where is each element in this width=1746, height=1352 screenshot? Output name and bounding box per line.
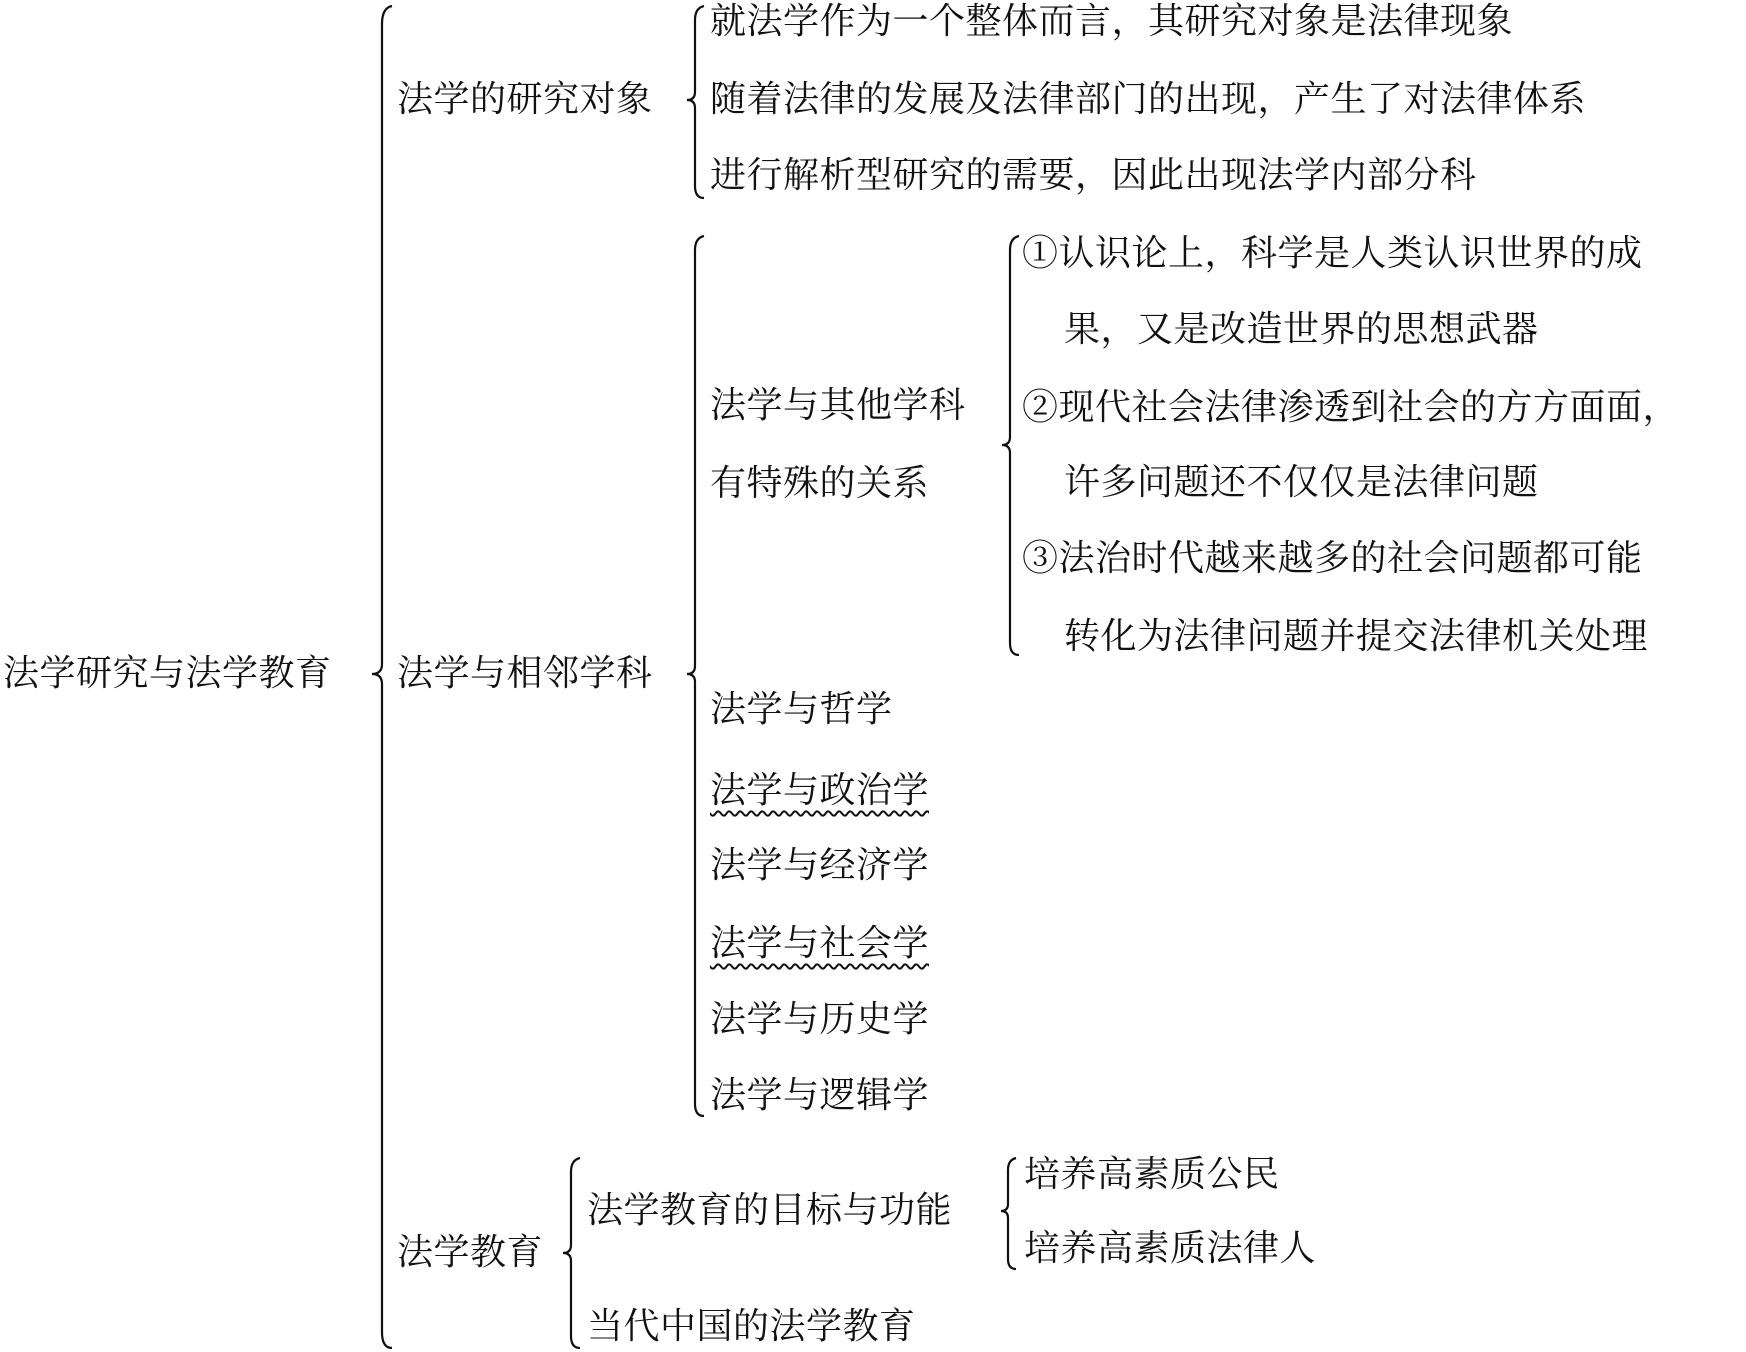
branch-label: 法学与相邻学科 (397, 654, 653, 694)
brace-adjacent-disciplines (687, 236, 704, 1116)
branch-label: 法学教育 (397, 1233, 543, 1273)
detail-line: 进行解析型研究的需要，因此出现法学内部分科 (710, 156, 1477, 196)
subject-item-emphasized: 法学与政治学 (710, 771, 929, 811)
root-label: 法学研究与法学教育 (3, 654, 332, 694)
reason-line: 转化为法律问题并提交法律机关处理 (1064, 617, 1648, 657)
detail-line: 随着法律的发展及法律部门的出现，产生了对法律体系 (710, 80, 1586, 120)
subject-item: 法学与历史学 (710, 1000, 929, 1040)
special-relation-label-line: 有特殊的关系 (710, 464, 929, 504)
subject-item: 法学与哲学 (710, 690, 893, 730)
reason-line: 果，又是改造世界的思想武器 (1064, 310, 1539, 350)
subject-item: 法学与经济学 (710, 846, 929, 886)
brace-legal-education (563, 1158, 580, 1348)
contemporary-china-label: 当代中国的法学教育 (587, 1307, 916, 1347)
goal-item: 培养高素质公民 (1024, 1155, 1280, 1195)
reason-line: ③法治时代越来越多的社会问题都可能 (1022, 539, 1643, 579)
brace-root (372, 6, 392, 1348)
brace-goals (1001, 1158, 1016, 1269)
branch-label: 法学的研究对象 (397, 80, 653, 120)
brace-research-object (687, 6, 704, 198)
reason-line: ②现代社会法律渗透到社会的方方面面， (1022, 388, 1679, 428)
subject-item-emphasized: 法学与社会学 (710, 924, 929, 964)
reason-line: ①认识论上，科学是人类认识世界的成 (1022, 234, 1643, 274)
reason-line: 许多问题还不仅仅是法律问题 (1064, 463, 1539, 503)
goal-item: 培养高素质法律人 (1024, 1229, 1316, 1269)
goals-label: 法学教育的目标与功能 (587, 1191, 952, 1231)
subject-item: 法学与逻辑学 (710, 1076, 929, 1116)
detail-line: 就法学作为一个整体而言，其研究对象是法律现象 (710, 2, 1513, 42)
brace-special-relation (1002, 236, 1019, 655)
special-relation-label-line: 法学与其他学科 (710, 386, 966, 426)
